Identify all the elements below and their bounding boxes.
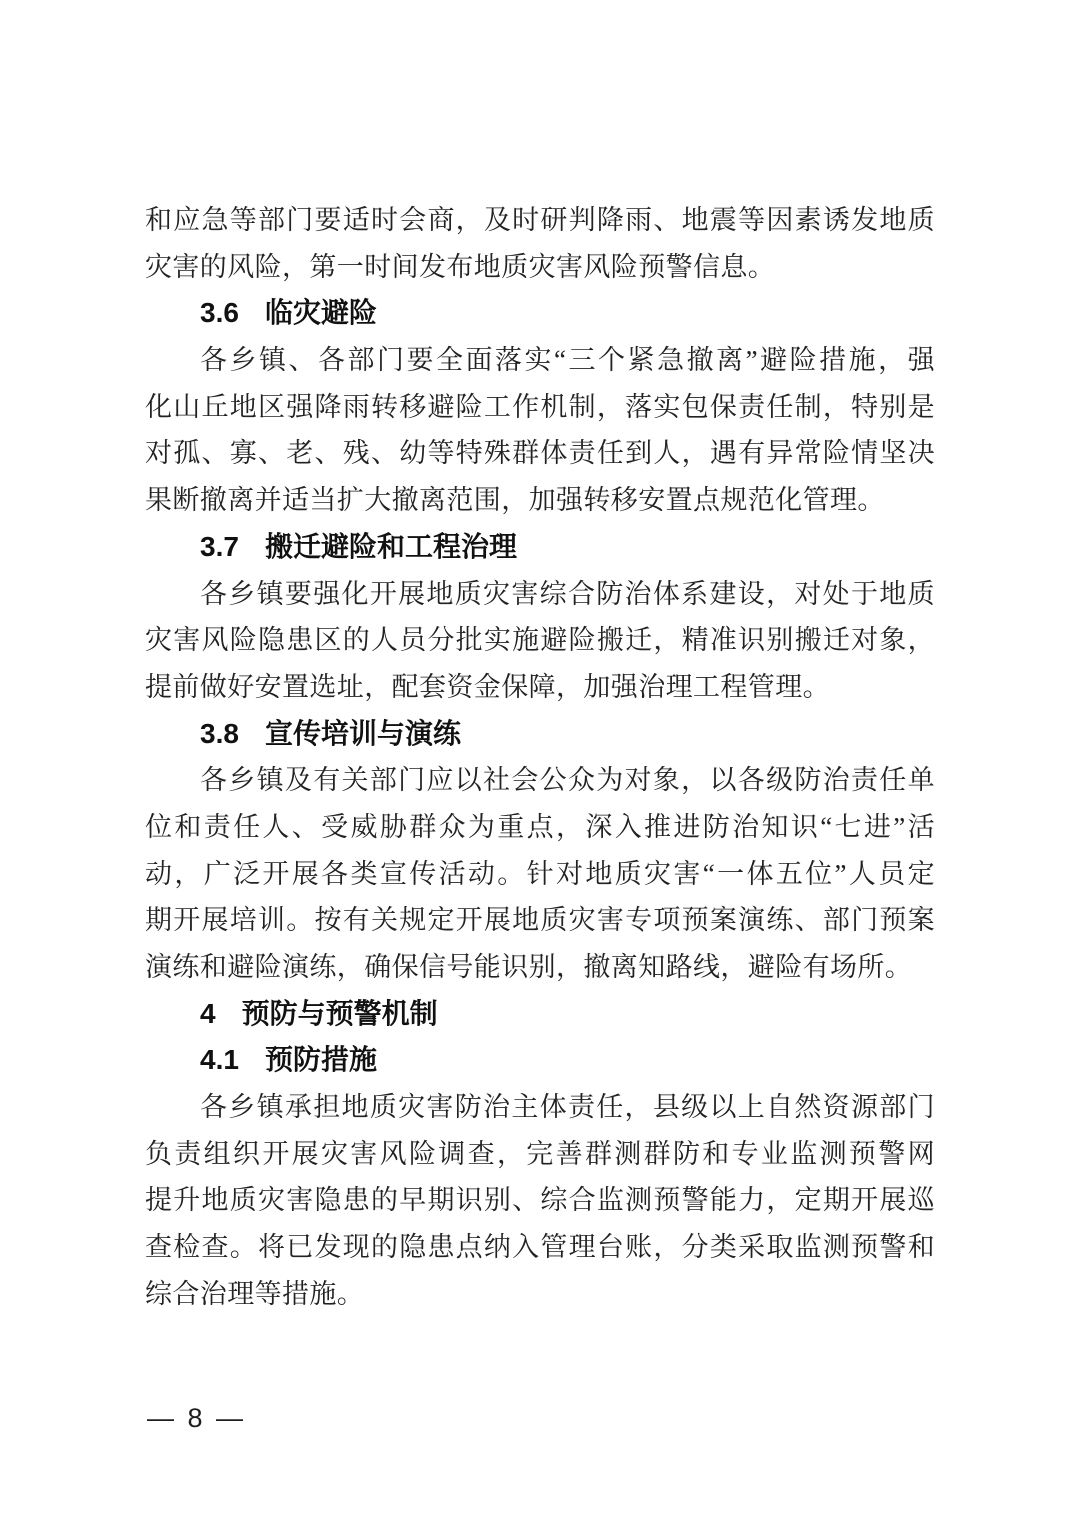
section-heading-4-1: 4.1预防措施	[200, 1037, 935, 1084]
document-body: 和应急等部门要适时会商，及时研判降雨、地震等因素诱发地质 灾害的风险，第一时间发…	[145, 197, 935, 1318]
heading-title: 预防与预警机制	[242, 998, 438, 1029]
section-heading-3-8: 3.8宣传培训与演练	[200, 711, 935, 758]
document-page: 和应急等部门要适时会商，及时研判降雨、地震等因素诱发地质 灾害的风险，第一时间发…	[0, 0, 1074, 1520]
paragraph-line: 动，广泛开展各类宣传活动。针对地质灾害“一体五位”人员定	[145, 851, 935, 898]
paragraph-line: 对孤、寡、老、残、幼等特殊群体责任到人，遇有异常险情坚决	[145, 430, 935, 477]
paragraph-line: 化山丘地区强降雨转移避险工作机制，落实包保责任制，特别是	[145, 384, 935, 431]
paragraph-line: 提升地质灾害隐患的早期识别、综合监测预警能力，定期开展巡	[145, 1177, 935, 1224]
heading-number: 3.6	[200, 297, 239, 328]
section-heading-3-7: 3.7搬迁避险和工程治理	[200, 524, 935, 571]
heading-title: 搬迁避险和工程治理	[265, 531, 517, 562]
paragraph-line: 综合治理等措施。	[145, 1271, 935, 1318]
heading-number: 4.1	[200, 1044, 239, 1075]
page-number: — 8 —	[147, 1398, 246, 1438]
heading-number: 3.8	[200, 718, 239, 749]
paragraph-line: 和应急等部门要适时会商，及时研判降雨、地震等因素诱发地质	[145, 197, 935, 244]
paragraph-line: 各乡镇承担地质灾害防治主体责任，县级以上自然资源部门	[145, 1084, 935, 1131]
paragraph-line: 负责组织开展灾害风险调查，完善群测群防和专业监测预警网络，	[145, 1131, 935, 1178]
paragraph-line: 各乡镇及有关部门应以社会公众为对象，以各级防治责任单	[145, 757, 935, 804]
section-heading-3-6: 3.6临灾避险	[200, 290, 935, 337]
paragraph-line: 各乡镇、各部门要全面落实“三个紧急撤离”避险措施，强	[145, 337, 935, 384]
heading-number: 4	[200, 998, 216, 1029]
heading-title: 宣传培训与演练	[265, 718, 461, 749]
section-heading-4: 4预防与预警机制	[200, 991, 935, 1038]
paragraph-line: 查检查。将已发现的隐患点纳入管理台账，分类采取监测预警和	[145, 1224, 935, 1271]
heading-title: 临灾避险	[265, 297, 377, 328]
paragraph-line: 演练和避险演练，确保信号能识别，撤离知路线，避险有场所。	[145, 944, 935, 991]
paragraph-line: 提前做好安置选址，配套资金保障，加强治理工程管理。	[145, 664, 935, 711]
heading-number: 3.7	[200, 531, 239, 562]
paragraph-line: 位和责任人、受威胁群众为重点，深入推进防治知识“七进”活	[145, 804, 935, 851]
paragraph-line: 灾害的风险，第一时间发布地质灾害风险预警信息。	[145, 244, 935, 291]
paragraph-line: 各乡镇要强化开展地质灾害综合防治体系建设，对处于地质	[145, 571, 935, 618]
paragraph-line: 灾害风险隐患区的人员分批实施避险搬迁，精准识别搬迁对象，	[145, 617, 935, 664]
paragraph-line: 果断撤离并适当扩大撤离范围，加强转移安置点规范化管理。	[145, 477, 935, 524]
heading-title: 预防措施	[265, 1044, 377, 1075]
paragraph-line: 期开展培训。按有关规定开展地质灾害专项预案演练、部门预案	[145, 897, 935, 944]
